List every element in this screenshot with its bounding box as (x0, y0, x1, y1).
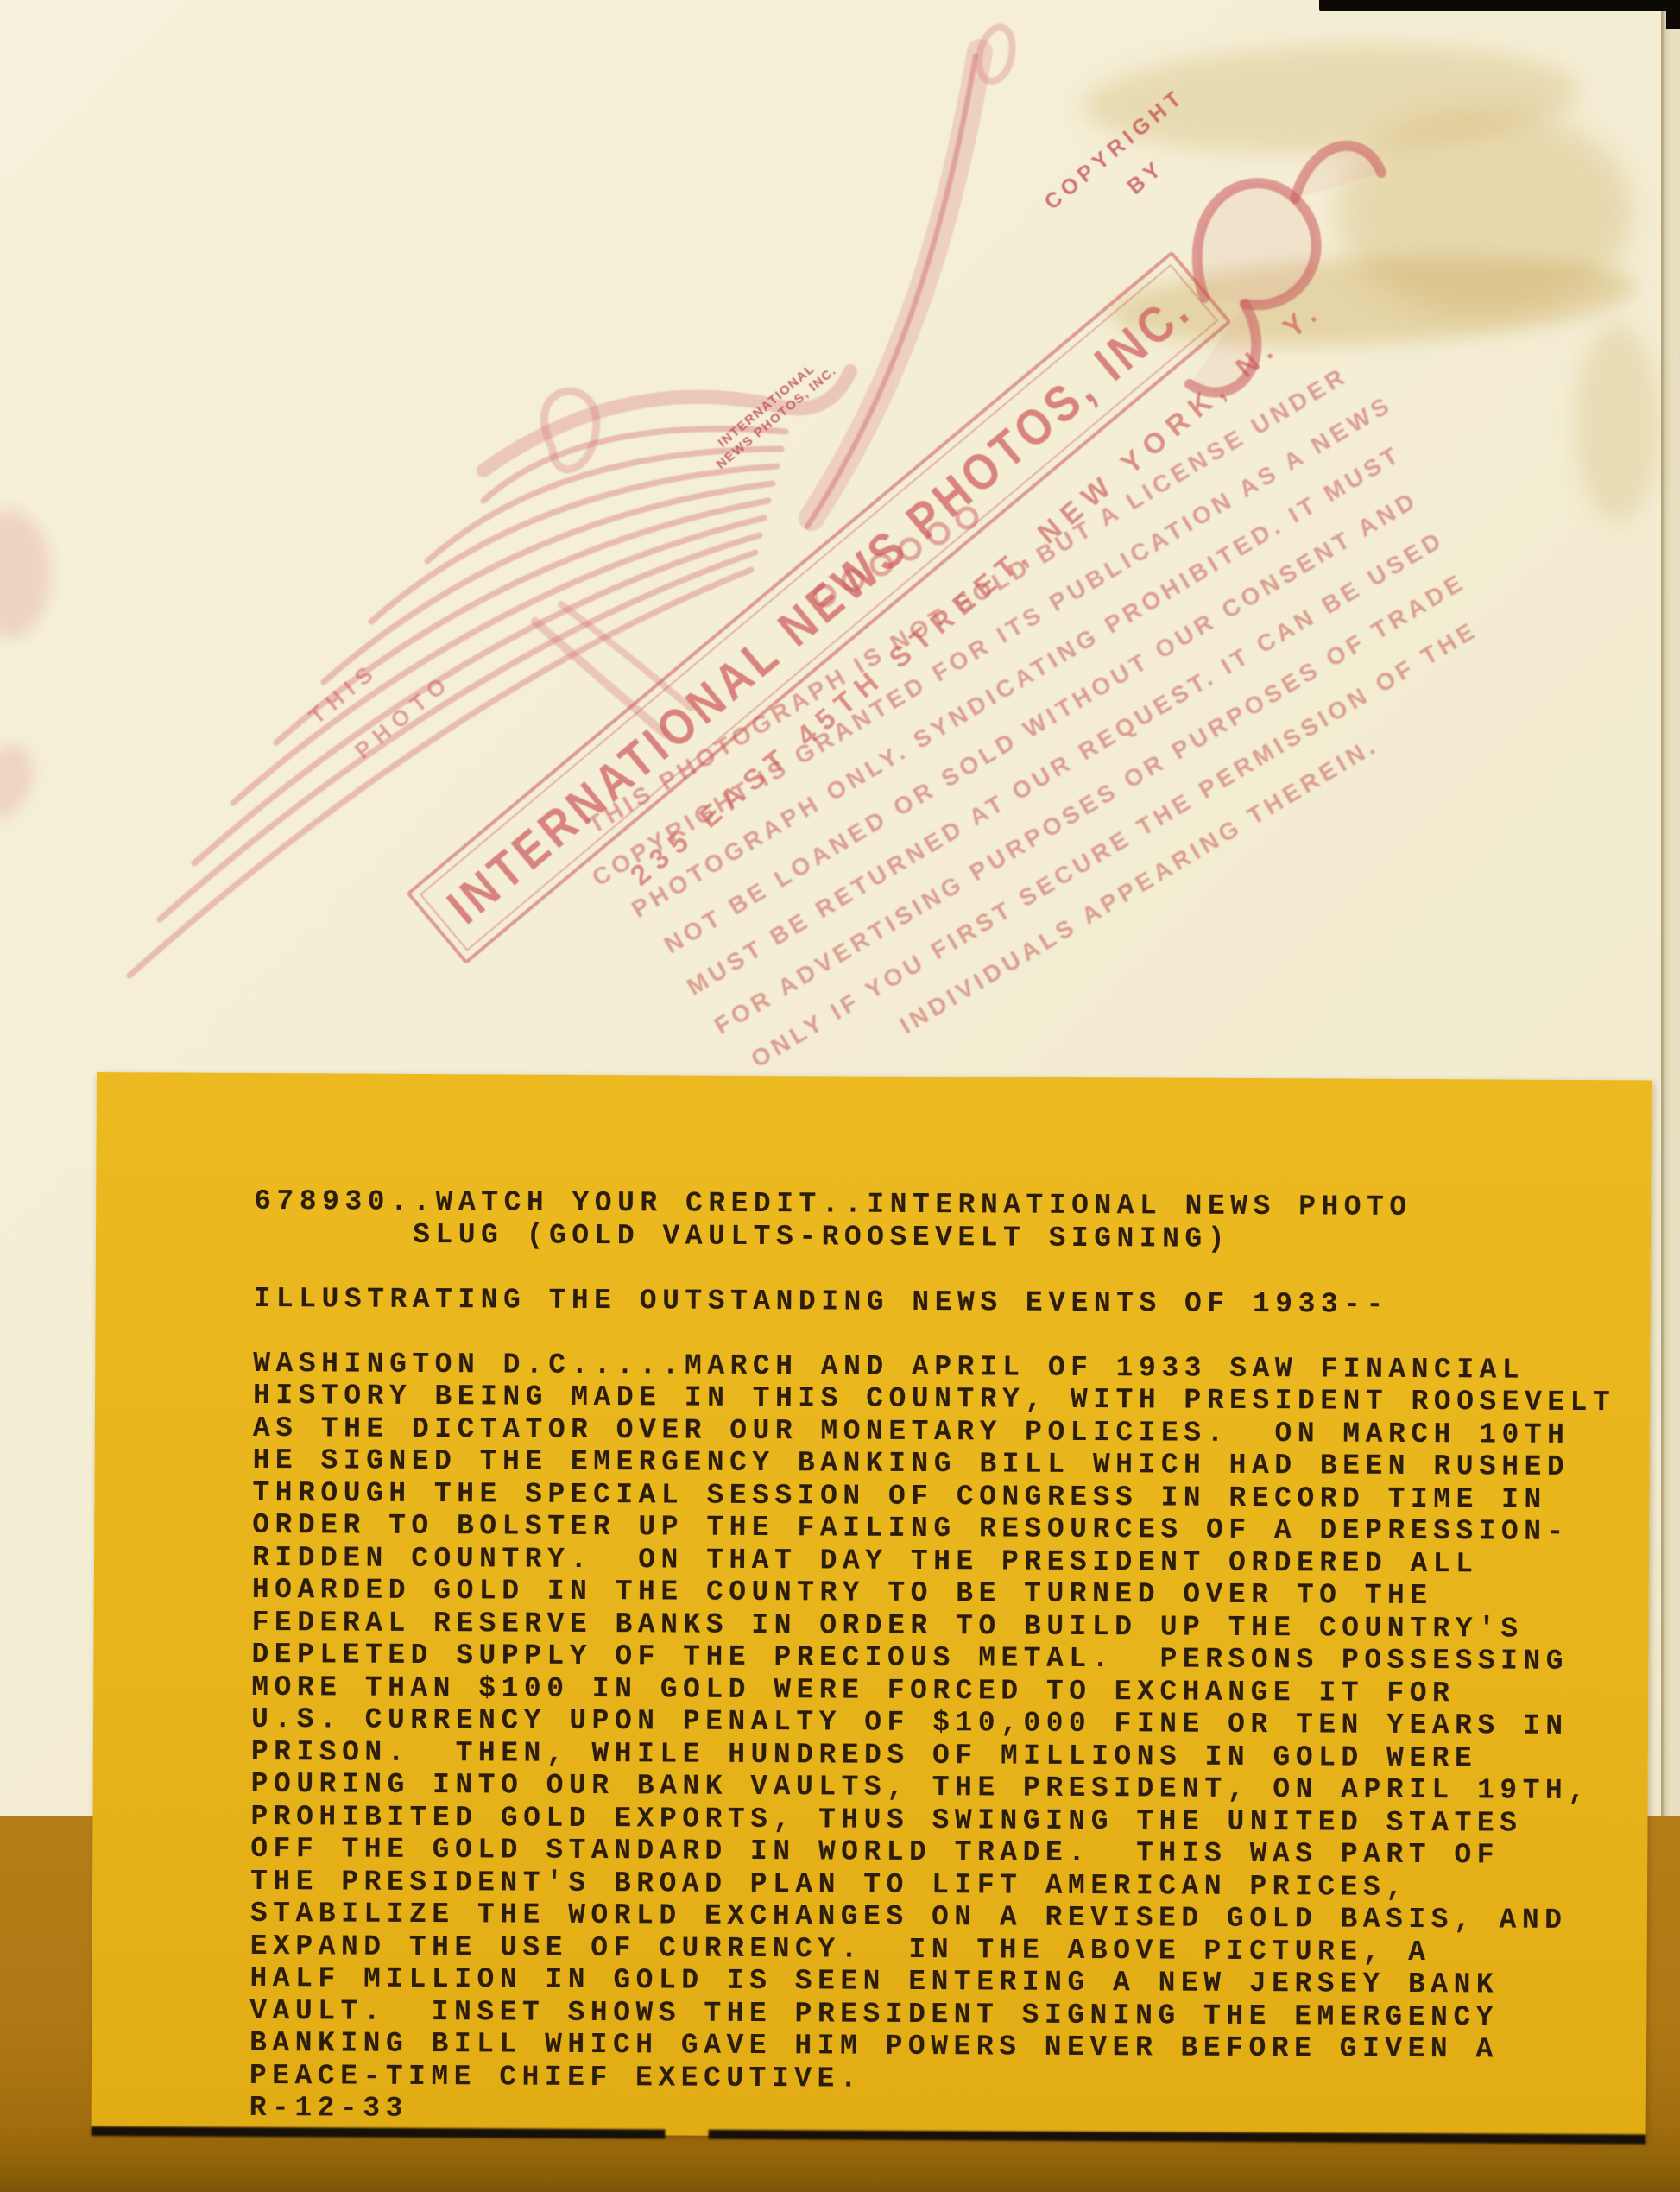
stamp-license-line: COPYRIGHT IS GRANTED FOR ITS PUBLICATION… (491, 327, 1493, 955)
stamp-emblem-line2: NEWS PHOTOS, INC. (714, 363, 840, 473)
tape-stain (1338, 108, 1632, 315)
typed-caption-text: 678930..WATCH YOUR CREDIT..INTERNATIONAL… (249, 1185, 1617, 2132)
stamp-address: 235 EAST 45TH STREET, NEW YORK, N. Y. (624, 294, 1329, 893)
photo-back-scan: COPYRIGHT BY INTERNATIONAL NEWS PHOTOS, … (0, 0, 1680, 2192)
stamp-license-text: THIS PHOTOGRAPH IS NOT SOLD BUT A LICENS… (467, 286, 1639, 1198)
stamp-license-line: MUST BE RETURNED AT OUR REQUEST. IT CAN … (565, 449, 1566, 1077)
stamp-license-line: NOT BE LOANED OR SOLD WITHOUT OUR CONSEN… (540, 408, 1542, 1036)
tape-stain (1082, 36, 1582, 161)
tape-stain (1576, 324, 1658, 522)
stamp-license-line: THIS PHOTOGRAPH IS NOT SOLD BUT A LICENS… (467, 286, 1468, 913)
tape-stain (1108, 243, 1638, 357)
stamp-banner-text: INTERNATIONAL NEWS PHOTOS, INC. (420, 279, 1203, 949)
stamp-banner-ribbon: INTERNATIONAL NEWS PHOTOS, INC. (406, 250, 1232, 964)
stamp-copyright-by: BY (1123, 155, 1170, 199)
ink-smudge (0, 736, 43, 826)
scan-edge-corner (1666, 0, 1680, 29)
photo-paper-edge (1661, 0, 1680, 1823)
stamp-license-line: ONLY IF YOU FIRST SECURE THE PERMISSION … (614, 530, 1615, 1158)
stamp-photo-word: PHOTO (350, 668, 458, 765)
stamp-emblem-line1: INTERNATIONAL (704, 351, 830, 461)
caption-sheet: 678930..WATCH YOUR CREDIT..INTERNATIONAL… (92, 1072, 1652, 2140)
ink-smudge (0, 509, 51, 639)
stamp-license-line: PHOTOGRAPH ONLY. SYNDICATING PROHIBITED.… (516, 368, 1518, 995)
caption-line: R-12-33 (249, 2092, 1612, 2132)
stamp-this-word: THIS (304, 656, 384, 730)
stamp-emblem-caption: INTERNATIONAL NEWS PHOTOS, INC. (704, 351, 840, 473)
stamp-copyright-label: COPYRIGHT (1040, 84, 1191, 215)
scan-edge-strip (1319, 0, 1680, 11)
stamp-license-line: FOR ADVERTISING PURPOSES OR PURPOSES OF … (590, 490, 1591, 1117)
